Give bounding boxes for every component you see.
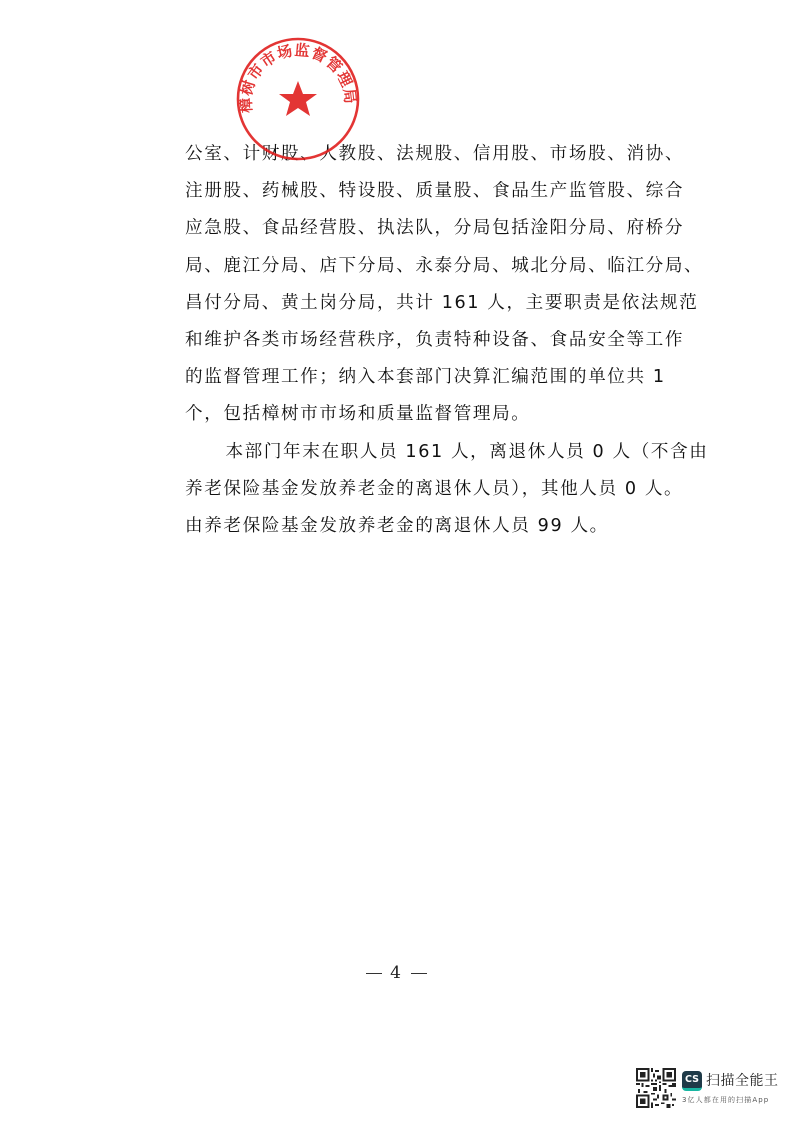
document-body: 公室、计财股、人教股、法规股、信用股、市场股、消协、 注册股、药械股、特设股、质… xyxy=(185,136,633,545)
seal-text: 樟树市市场监督管理局 xyxy=(237,41,360,113)
paragraph-staff-summary: 本部门年末在职人员 161 人，离退休人员 0 人（不含由 养老保险基金发放养老… xyxy=(185,434,633,546)
text-line: 本部门年末在职人员 161 人，离退休人员 0 人（不含由 xyxy=(185,434,633,471)
page-number-value: 4 xyxy=(390,963,403,983)
page-number: 4 xyxy=(0,963,793,983)
camscanner-logo: CS xyxy=(682,1071,702,1091)
text-line: 昌付分局、黄土岗分局，共计 161 人，主要职责是依法规范 xyxy=(185,285,633,322)
camscanner-brand: 扫描全能王 xyxy=(706,1071,779,1091)
text-line: 和维护各类市场经营秩序，负责特种设备、食品安全等工作 xyxy=(185,322,633,359)
text-line: 注册股、药械股、特设股、质量股、食品生产监管股、综合 xyxy=(185,173,633,210)
camscanner-watermark: CS 扫描全能王 3亿人都在用的扫描App xyxy=(636,1068,786,1110)
text-line: 局、鹿江分局、店下分局、永泰分局、城北分局、临江分局、 xyxy=(185,248,633,285)
paragraph-department-structure: 公室、计财股、人教股、法规股、信用股、市场股、消协、 注册股、药械股、特设股、质… xyxy=(185,136,633,434)
star-icon xyxy=(279,81,317,116)
dash-left xyxy=(366,973,382,974)
text-line: 的监督管理工作；纳入本套部门决算汇编范围的单位共 1 xyxy=(185,359,633,396)
camscanner-tagline: 3亿人都在用的扫描App xyxy=(682,1095,769,1105)
text-line: 个，包括樟树市市场和质量监督管理局。 xyxy=(185,396,633,433)
qr-code-icon xyxy=(636,1068,676,1108)
text-line: 公室、计财股、人教股、法规股、信用股、市场股、消协、 xyxy=(185,136,633,173)
text-line: 由养老保险基金发放养老金的离退休人员 99 人。 xyxy=(185,508,633,545)
document-page: 公室、计财股、人教股、法规股、信用股、市场股、消协、 注册股、药械股、特设股、质… xyxy=(0,0,793,1122)
dash-right xyxy=(411,973,427,974)
text-line: 养老保险基金发放养老金的离退休人员），其他人员 0 人。 xyxy=(185,471,633,508)
text-line: 应急股、食品经营股、执法队，分局包括淦阳分局、府桥分 xyxy=(185,210,633,247)
svg-text:樟树市市场监督管理局: 樟树市市场监督管理局 xyxy=(237,41,360,113)
